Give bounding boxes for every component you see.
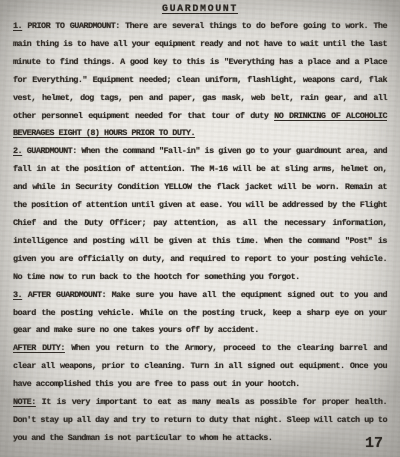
- underlined-text-run: AFTER DUTY:: [13, 343, 65, 353]
- underlined-text-run: 2.: [13, 146, 22, 156]
- underlined-text-run: 1.: [13, 21, 22, 31]
- paragraph-guardmount: 2. GUARDMOUNT: When the command "Fall-in…: [13, 143, 387, 286]
- text-run: GUARDMOUNT: When the command "Fall-in" i…: [13, 146, 387, 281]
- document-body: 1. PRIOR TO GUARDMOUNT: There are severa…: [0, 15, 400, 448]
- text-run: AFTER GUARDMOUNT: Make sure you have all…: [13, 290, 387, 336]
- scanned-document-page: GUARDMOUNT 1. PRIOR TO GUARDMOUNT: There…: [0, 0, 400, 457]
- text-run: When you return to the Armory, proceed t…: [13, 343, 387, 389]
- text-run: It is very important to eat as many meal…: [13, 397, 387, 443]
- text-run: PRIOR TO GUARDMOUNT: There are several t…: [13, 21, 387, 121]
- page-number: 17: [365, 435, 383, 452]
- paragraph-prior-to-guardmount: 1. PRIOR TO GUARDMOUNT: There are severa…: [13, 18, 387, 143]
- paragraph-after-duty: AFTER DUTY: When you return to the Armor…: [13, 340, 387, 394]
- paragraph-note: NOTE: It is very important to eat as man…: [13, 394, 387, 448]
- paragraph-after-guardmount: 3. AFTER GUARDMOUNT: Make sure you have …: [13, 287, 387, 341]
- underlined-text-run: 3.: [13, 290, 22, 300]
- underlined-text-run: NOTE:: [13, 397, 36, 407]
- document-title: GUARDMOUNT: [0, 0, 400, 15]
